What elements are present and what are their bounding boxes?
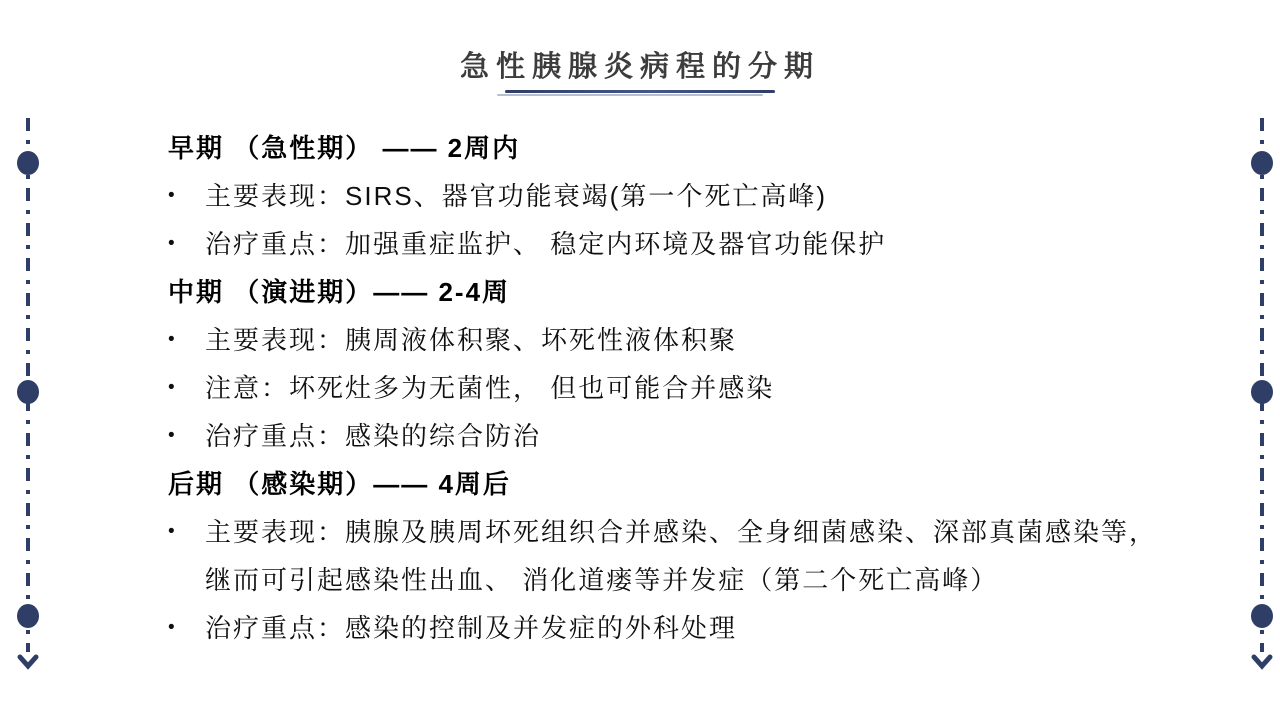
bullet-dot-icon: • [168,316,205,364]
node-dot-icon [17,151,39,175]
slide-header: 急性胰腺炎病程的分期 [0,50,1280,98]
bullet-text: 治疗重点：感染的控制及并发症的外科处理 [205,604,1180,652]
bullet-dot-icon: • [168,364,205,412]
title-underline-shadow [497,94,763,96]
arrow-down-icon [20,657,36,666]
section-heading: 中期 （演进期）—— 2-4周 [168,268,1180,316]
page-title: 急性胰腺炎病程的分期 [460,50,820,84]
node-dot-icon [1251,604,1273,628]
bullet-item: •治疗重点：感染的综合防治 [168,412,1180,460]
arrow-down-icon [1254,657,1270,666]
bullet-item: •注意：坏死灶多为无菌性， 但也可能合并感染 [168,364,1180,412]
bullet-text: 主要表现：胰腺及胰周坏死组织合并感染、全身细菌感染、深部真菌感染等，继而可引起感… [205,508,1180,604]
bullet-item: •主要表现：胰腺及胰周坏死组织合并感染、全身细菌感染、深部真菌感染等，继而可引起… [168,508,1180,604]
bullet-dot-icon: • [168,508,205,556]
bullet-text: 注意：坏死灶多为无菌性， 但也可能合并感染 [205,364,1180,412]
slide-body: 早期 （急性期） —— 2周内•主要表现：SIRS、器官功能衰竭(第一个死亡高峰… [168,124,1180,652]
title-underline-decoration [505,90,775,98]
slide: 急性胰腺炎病程的分期 早期 （急性期） —— 2周内•主要表现：SIRS、器官功… [0,0,1280,720]
left-dashed-line-decoration [6,116,50,676]
bullet-text: 主要表现：SIRS、器官功能衰竭(第一个死亡高峰) [205,172,1180,220]
bullet-item: •治疗重点：感染的控制及并发症的外科处理 [168,604,1180,652]
node-dot-icon [17,604,39,628]
bullet-text: 治疗重点：感染的综合防治 [205,412,1180,460]
node-dot-icon [1251,380,1273,404]
bullet-dot-icon: • [168,412,205,460]
section-heading: 后期 （感染期）—— 4周后 [168,460,1180,508]
title-underline-main [505,90,775,93]
bullet-item: •主要表现：胰周液体积聚、坏死性液体积聚 [168,316,1180,364]
node-dot-icon [17,380,39,404]
right-dashed-line-decoration [1240,116,1280,676]
bullet-item: •主要表现：SIRS、器官功能衰竭(第一个死亡高峰) [168,172,1180,220]
section-heading: 早期 （急性期） —— 2周内 [168,124,1180,172]
bullet-dot-icon: • [168,604,205,652]
bullet-text: 治疗重点：加强重症监护、 稳定内环境及器官功能保护 [205,220,1180,268]
node-dot-icon [1251,151,1273,175]
bullet-dot-icon: • [168,220,205,268]
bullet-item: •治疗重点：加强重症监护、 稳定内环境及器官功能保护 [168,220,1180,268]
bullet-dot-icon: • [168,172,205,220]
bullet-text: 主要表现：胰周液体积聚、坏死性液体积聚 [205,316,1180,364]
